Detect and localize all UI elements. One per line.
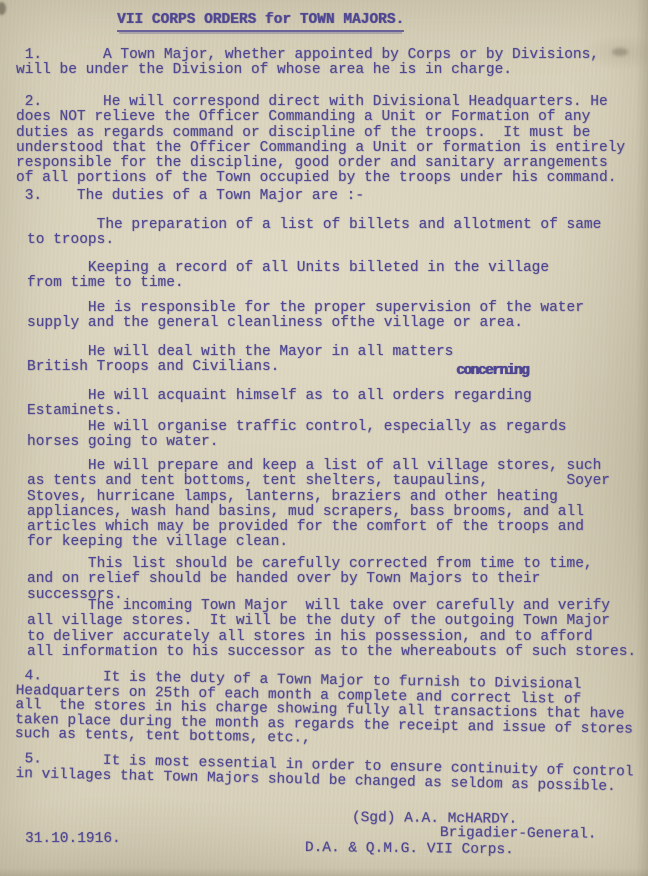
duty-water-supply: He is responsible for the proper supervi… [27, 301, 584, 332]
paragraph-2: 2. He will correspond direct with Divisi… [16, 95, 625, 187]
inserted-word-concerning: concerning [456, 364, 528, 379]
incoming-town-major-note: The incoming Town Major will take over c… [27, 599, 636, 660]
list-corrected-note: This list should be carefully corrected … [27, 557, 593, 603]
paragraph-4: 4. It is the duty of a Town Major to fur… [15, 669, 634, 752]
paragraph-1: 1. A Town Major, whether appointed by Co… [16, 48, 599, 79]
document-title: VII CORPS ORDERS for TOWN MAJORS. [117, 13, 404, 32]
signature-rank: Brigadier-General. [440, 826, 597, 843]
duty-estaminets-traffic: He will acquaint himself as to all order… [27, 389, 567, 450]
document-date: 31.10.1916. [25, 832, 121, 847]
duty-units-record: Keeping a record of all Units billeted i… [27, 261, 549, 292]
pencil-mark [612, 48, 628, 56]
document-page: VII CORPS ORDERS for TOWN MAJORS. 1. A T… [0, 0, 648, 876]
paragraph-5: 5. It is most essential in order to ensu… [15, 752, 633, 796]
duty-village-stores: He will prepare and keep a list of all v… [27, 459, 610, 551]
paper-stain [0, 2, 6, 15]
signature-office: D.A. & Q.M.G. VII Corps. [305, 841, 514, 858]
duty-mayor: He will deal with the Mayor in all matte… [27, 345, 453, 376]
scan-edge-shadow [0, 868, 648, 876]
duty-billets: The preparation of a list of billets and… [27, 218, 601, 249]
scan-edge-shadow [636, 0, 648, 876]
paragraph-3-heading: 3. The duties of a Town Major are :- [16, 189, 364, 204]
